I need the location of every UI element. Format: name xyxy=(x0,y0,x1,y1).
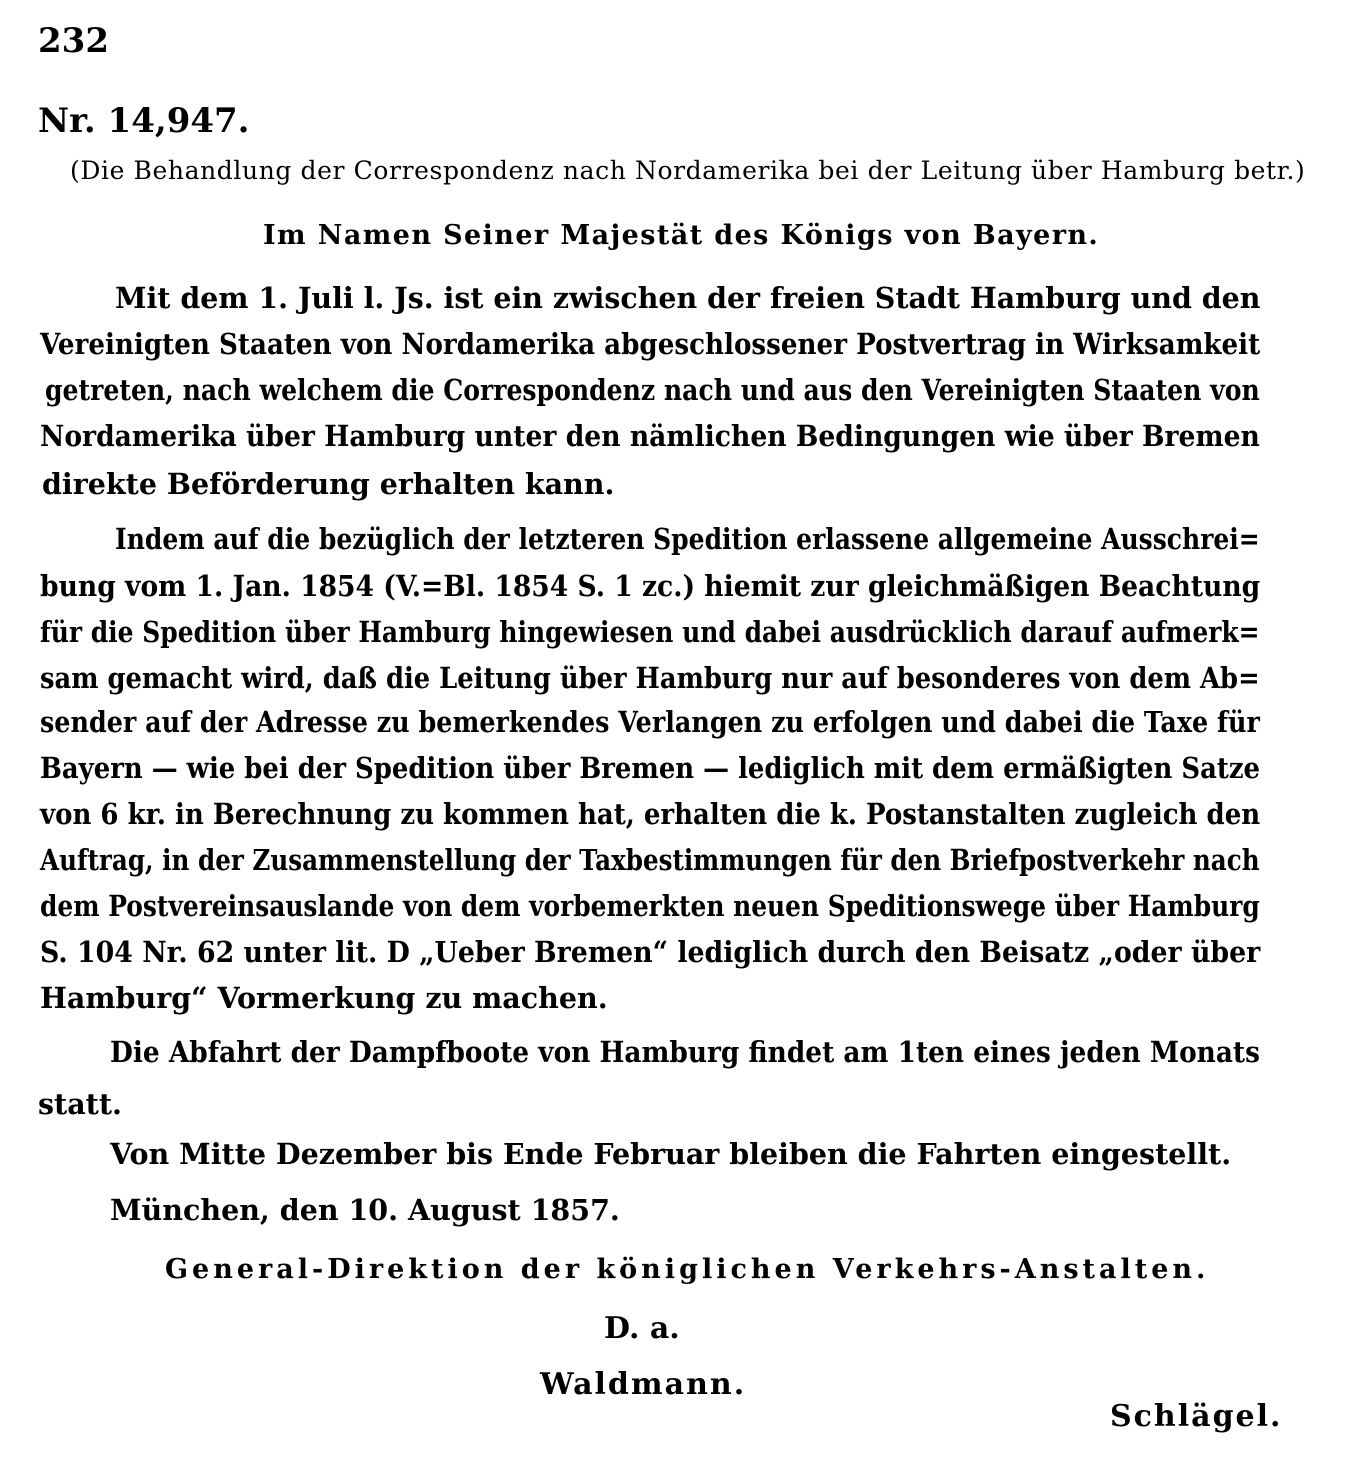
subject-line: (Die Behandlung der Correspondenz nach N… xyxy=(70,158,1305,183)
text-line: statt. xyxy=(38,1090,122,1119)
text-line: Vereinigten Staaten von Nordamerika abge… xyxy=(40,330,1160,359)
text-line: bung vom 1. Jan. 1854 (V.=Bl. 1854 S. 1 … xyxy=(40,572,1260,601)
text-line: getreten, nach welchem die Correspondenz… xyxy=(45,376,1116,405)
text-line: dem Postvereinsauslande von dem vorbemer… xyxy=(40,892,1260,921)
text-line: sender auf der Adresse zu bemerkendes Ve… xyxy=(40,708,1260,737)
text-line: S. 104 Nr. 62 unter lit. D „Ueber Bremen… xyxy=(40,938,1260,967)
page-number: 232 xyxy=(38,24,109,58)
text-line: Nordamerika über Hamburg unter den nämli… xyxy=(40,422,1179,451)
heading: Im Namen Seiner Majestät des Königs von … xyxy=(263,222,1099,249)
text-line: Von Mitte Dezember bis Ende Februar blei… xyxy=(110,1140,1231,1169)
document-number: Nr. 14,947. xyxy=(38,104,250,138)
signature-waldmann: Waldmann. xyxy=(540,1370,746,1400)
text-line: von 6 kr. in Berechnung zu kommen hat, e… xyxy=(40,800,1260,829)
text-line: Die Abfahrt der Dampfboote von Hamburg f… xyxy=(110,1038,1260,1067)
document-page: 232 Nr. 14,947. (Die Behandlung der Corr… xyxy=(0,0,1351,1464)
signature-schlaegel: Schlägel. xyxy=(1110,1402,1282,1432)
signature-organization: General-Direktion der königlichen Verkeh… xyxy=(165,1256,1209,1283)
text-line: Bayern — wie bei der Spedition über Brem… xyxy=(40,754,1260,783)
text-line: sam gemacht wird, daß die Leitung über H… xyxy=(40,664,1260,693)
signature-da: D. a. xyxy=(604,1314,680,1344)
text-line: Auftrag, in der Zusammenstellung der Tax… xyxy=(40,846,1260,875)
text-line: Hamburg“ Vormerkung zu machen. xyxy=(40,984,608,1013)
text-line: Indem auf die bezüglich der letzteren Sp… xyxy=(115,525,1260,554)
text-line: für die Spedition über Hamburg hingewies… xyxy=(40,618,1260,647)
text-line: direkte Beförderung erhalten kann. xyxy=(42,470,614,499)
text-line: Mit dem 1. Juli l. Js. ist ein zwischen … xyxy=(115,284,1258,313)
place-date: München, den 10. August 1857. xyxy=(110,1196,620,1225)
